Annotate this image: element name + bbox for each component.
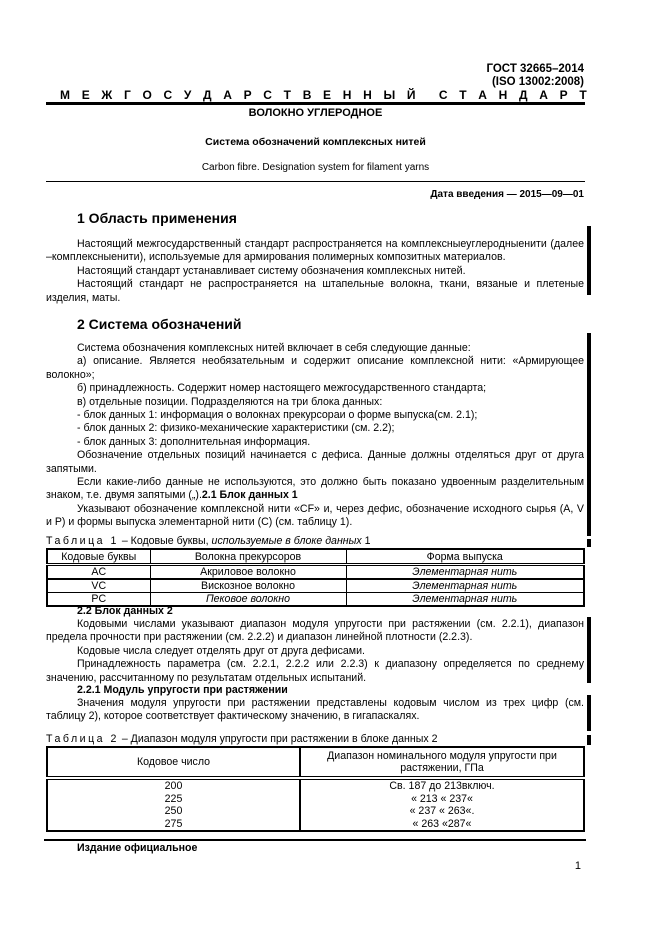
banner-letter: Е [82,88,90,102]
banner-letter: У [184,88,191,102]
table-cell: « 213 « 237« [300,793,584,806]
banner-letter: А [478,88,487,102]
table-row: VC Вискозное волокно Элементарная нить [47,579,584,593]
table-label: Таблица 2 [46,733,119,745]
paragraph: Настоящий стандарт устанавливает систему… [46,265,584,278]
paragraph: б) принадлежность. Содержит номер настоя… [46,382,584,395]
banner-letter: С [263,88,272,102]
table-2: Кодовое число Диапазон номинального моду… [46,746,585,832]
paragraph: Настоящий межгосударственный стандарт ра… [46,238,584,265]
table-row: 225 « 213 « 237« [47,793,584,806]
banner-letter: Р [560,88,568,102]
paragraph: Значения модуля упругости при растяжении… [46,697,584,724]
paragraph: а) описание. Является необязательным и с… [46,355,584,382]
change-bar [587,695,591,731]
paragraph: в) отдельные позиции. Подразделяются на … [46,396,584,409]
list-item: - блок данных 3: дополнительная информац… [46,436,584,449]
table-cell: Акриловое волокно [150,565,346,580]
table-cell: 225 [47,793,300,806]
section-2-body: Система обозначения комплексных нитей вк… [46,342,584,530]
document-subtitle: Система обозначений комплексных нитей [46,136,585,148]
table-cell: Вискозное волокно [150,579,346,593]
paragraph: Принадлежность параметра (см. 2.2.1, 2.2… [46,658,584,685]
interstate-standard-banner: МЕЖГОСУДАРСТВЕННЫЙ СТАНДАРТ [60,88,587,102]
table-row: 275 « 263 «287« [47,818,584,832]
english-title: Carbon fibre. Designation system for fil… [46,162,585,173]
table-cell: Св. 187 до 213включ. [300,778,584,793]
table-cell: « 263 «287« [300,818,584,832]
introduction-date: Дата введения — 2015—09—01 [430,189,584,200]
list-item: - блок данных 1: информация о волокнах п… [46,409,584,422]
paragraph: Обозначение отдельных позиций начинается… [46,449,584,476]
table-cell: VC [47,579,150,593]
caption-text: Кодовые буквы, [131,535,212,547]
table-cell: AC [47,565,150,580]
paragraph: Кодовые числа следует отделять друг от д… [46,645,584,658]
paragraph: Указывают обозначение комплексной нити «… [46,503,584,530]
table-cell: Элементарная нить [346,593,584,607]
table-row: AC Акриловое волокно Элементарная нить [47,565,584,580]
table-cell: « 237 « 263«. [300,805,584,818]
banner-letter: Н [499,88,508,102]
table-cell: Элементарная нить [346,579,584,593]
table-cell: 200 [47,778,300,793]
header-rule [46,102,585,105]
section-1-heading: 1 Область применения [77,210,237,226]
table-row: 200 Св. 187 до 213включ. [47,778,584,793]
gost-number: ГОСТ 32665–2014 [486,63,584,76]
banner-letter: Г [124,88,131,102]
change-bar [587,539,591,547]
banner-letter: Ж [101,88,112,102]
title-rule [46,181,585,182]
document-title: ВОЛОКНО УГЛЕРОДНОЕ [46,107,585,119]
banner-letter: С [439,88,448,102]
change-bar [587,333,591,536]
footer-rule [44,839,586,841]
table-cell: PC [47,593,150,607]
banner-letter: Т [579,88,586,102]
change-bar [587,226,591,295]
table-1-caption: Таблица 1 – Кодовые буквы, используемые … [46,535,371,547]
banner-letter: С [163,88,172,102]
table-row: PC Пековое волокно Элементарная нить [47,593,584,607]
banner-letter: Д [203,88,212,102]
banner-letter: Т [284,88,291,102]
section-2-2-1-heading: 2.2.1 Модуль упругости при растяжении [77,684,288,696]
subsection-2-1-heading: 2.1 Блок данных 1 [202,489,298,501]
change-bar [587,617,591,683]
paragraph: Система обозначения комплексных нитей вк… [46,342,584,355]
banner-letter: Е [323,88,331,102]
table-label: Таблица 1 [46,535,119,547]
banner-letter: Н [343,88,352,102]
paragraph: Если какие-либо данные не используются, … [46,476,584,503]
section-2-2-1-body: Значения модуля упругости при растяжении… [46,697,584,724]
banner-letter: О [142,88,151,102]
column-header: Форма выпуска [346,549,584,565]
section-2-2-heading: 2.2 Блок данных 2 [77,605,173,617]
column-header: Кодовые буквы [47,549,150,565]
table-2-caption: Таблица 2 – Диапазон модуля упругости пр… [46,733,437,745]
caption-suffix: 1 [362,535,371,547]
banner-letter: Ы [383,88,395,102]
column-header: Волокна прекурсоров [150,549,346,565]
section-1-body: Настоящий межгосударственный стандарт ра… [46,238,584,305]
change-bar [587,735,591,745]
table-row: 250 « 237 « 263«. [47,805,584,818]
section-2-2-body: Кодовыми числами указывают диапазон моду… [46,618,584,685]
banner-letter: В [303,88,312,102]
table-cell: 275 [47,818,300,832]
caption-text: – Диапазон модуля упругости при растяжен… [119,733,438,745]
banner-letter: Р [244,88,252,102]
caption-italic: используемые в блоке данных [212,535,362,547]
banner-letter: Д [519,88,528,102]
list-item: - блок данных 2: физико-механические хар… [46,422,584,435]
official-edition-note: Издание официальное [77,842,197,854]
gost-code-block: ГОСТ 32665–2014 (ISO 13002:2008) [486,63,584,89]
table-cell: Пековое волокно [150,593,346,607]
banner-letter: Т [459,88,466,102]
paragraph-text: Если какие-либо данные не используются, … [46,476,584,501]
section-2-heading: 2 Система обозначений [77,316,242,332]
table-1: Кодовые буквы Волокна прекурсоров Форма … [46,548,585,607]
banner-letter: Н [363,88,372,102]
banner-letter: М [60,88,70,102]
table-cell: 250 [47,805,300,818]
banner-letter: А [539,88,548,102]
paragraph: Настоящий стандарт не распространяется н… [46,278,584,305]
banner-letter: А [223,88,232,102]
column-header: Кодовое число [47,747,300,778]
caption-separator: – [119,535,131,547]
paragraph: Кодовыми числами указывают диапазон моду… [46,618,584,645]
banner-letter: Й [407,88,416,102]
table-cell: Элементарная нить [346,565,584,580]
column-header: Диапазон номинального модуля упругости п… [300,747,584,778]
page-number: 1 [575,860,581,872]
